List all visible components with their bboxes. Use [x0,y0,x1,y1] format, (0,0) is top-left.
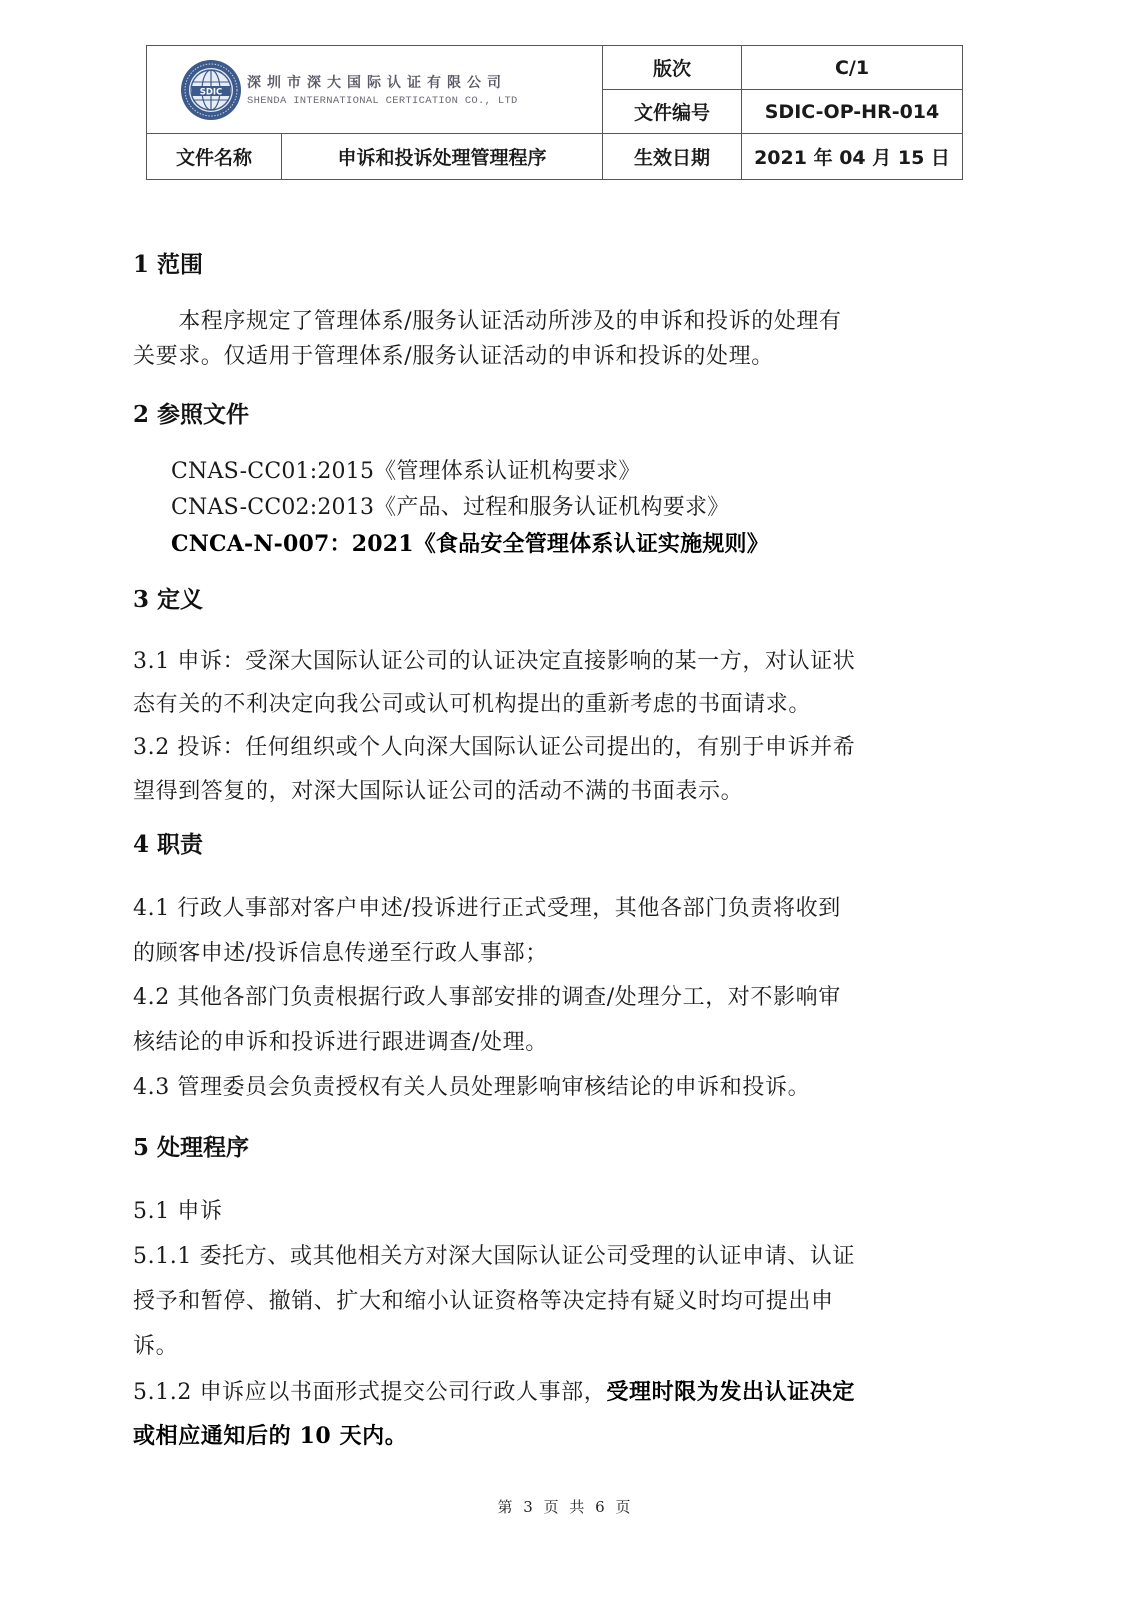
section-heading-scope: 1 范围 [133,243,203,287]
paragraph-line: 4.2 其他各部门负责根据行政人事部安排的调查/处理分工，对不影响审 [133,976,978,1020]
paragraph-line: 态有关的不利决定向我公司或认可机构提出的重新考虑的书面请求。 [133,683,978,727]
doc-name-label: 文件名称 [147,134,282,180]
paragraph-line: 4.1 行政人事部对客户申述/投诉进行正式受理，其他各部门负责将收到 [133,887,978,931]
doc-number-value: SDIC-OP-HR-014 [742,90,963,134]
company-name-cn: 深圳市深大国际认证有限公司 [247,72,518,92]
company-name-en: SHENDA INTERNATIONAL CERTICATION CO., LT… [247,95,518,107]
paragraph-line: 3.2 投诉：任何组织或个人向深大国际认证公司提出的，有别于申诉并希 [133,726,978,770]
section-heading-procedure: 5 处理程序 [133,1126,249,1170]
paragraph-line: 望得到答复的，对深大国际认证公司的活动不满的书面表示。 [133,770,978,814]
effective-date-label: 生效日期 [603,134,742,180]
effective-date-value: 2021 年 04 月 15 日 [742,134,963,180]
paragraph-line: 的顾客申述/投诉信息传递至行政人事部； [133,932,978,976]
sdic-globe-logo-icon: SDIC [179,58,243,122]
logo-cell: SDIC 深圳市深大国际认证有限公司 SHENDA INTERNATIONAL … [147,46,603,134]
section-heading-definitions: 3 定义 [133,578,203,622]
section-heading-responsibilities: 4 职责 [133,823,203,867]
paragraph-line: 授予和暂停、撤销、扩大和缩小认证资格等决定持有疑义时均可提出申 [133,1280,978,1324]
item-512-deadline: 受理时限为发出认证决定 [606,1379,855,1405]
item-512-deadline-cont: 或相应通知后的 10 天内。 [133,1414,978,1458]
paragraph-line: 诉。 [133,1325,978,1369]
paragraph-line: 3.1 申诉：受深大国际认证公司的认证决定直接影响的某一方，对认证状 [133,640,978,684]
svg-text:SDIC: SDIC [200,87,223,97]
sub-heading-appeal: 5.1 申诉 [133,1190,978,1234]
paragraph-line: 关要求。仅适用于管理体系/服务认证活动的申诉和投诉的处理。 [133,335,978,379]
paragraph-line: 核结论的申诉和投诉进行跟进调查/处理。 [133,1021,978,1065]
paragraph-line: 5.1.2 申诉应以书面形式提交公司行政人事部，受理时限为发出认证决定 [133,1370,978,1415]
document-header-table: SDIC 深圳市深大国际认证有限公司 SHENDA INTERNATIONAL … [146,45,963,180]
doc-number-label: 文件编号 [603,90,742,134]
reference-item: CNCA-N-007：2021《食品安全管理体系认证实施规则》 [171,522,769,566]
section-heading-references: 2 参照文件 [133,393,249,437]
page-number: 第 3 页 共 6 页 [0,1496,1131,1517]
item-512-text: 5.1.2 申诉应以书面形式提交公司行政人事部， [133,1380,606,1405]
paragraph-line: 4.3 管理委员会负责授权有关人员处理影响审核结论的申诉和投诉。 [133,1066,978,1110]
version-value: C/1 [742,46,963,90]
paragraph-line: 5.1.1 委托方、或其他相关方对深大国际认证公司受理的认证申请、认证 [133,1235,978,1279]
version-label: 版次 [603,46,742,90]
doc-name-value: 申诉和投诉处理管理程序 [282,134,603,180]
